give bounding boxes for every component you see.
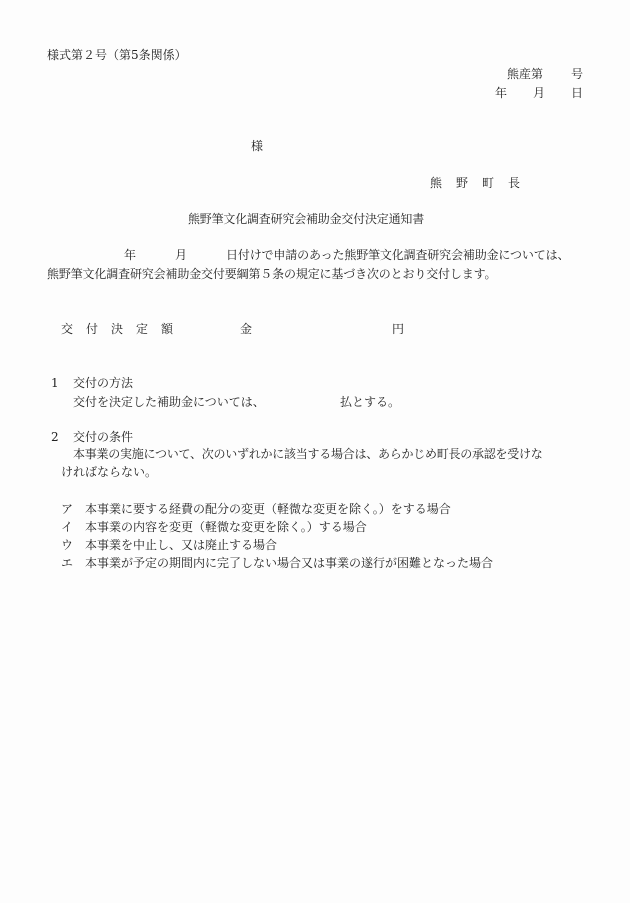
amount-label-3: 決 (111, 323, 123, 335)
date-day: 日 (571, 87, 583, 99)
issuer-char-3: 町 (482, 177, 494, 189)
form-number: 様式第２号（第5条関係） (47, 49, 187, 61)
section2-body-line1: 本事業の実施について、次のいずれかに該当する場合は、あらかじめ町長の承認を受けな (73, 448, 543, 460)
condition-marker: イ (61, 521, 73, 533)
intro-month: 月 (175, 249, 187, 261)
amount-label-2: 付 (86, 323, 98, 335)
issuer-char-1: 熊 (430, 177, 442, 189)
amount-suffix: 円 (392, 323, 404, 335)
amount-label-5: 額 (161, 323, 173, 335)
section1-body-suffix: 払とする。 (340, 396, 400, 408)
doc-number-suffix: 号 (571, 68, 583, 80)
condition-marker: ウ (61, 539, 73, 551)
amount-prefix: 金 (240, 323, 252, 335)
intro-line2: 熊野筆文化調査研究会補助金交付要綱第５条の規定に基づき次のとおり交付します。 (47, 268, 496, 280)
section1-number: 1 (51, 377, 59, 389)
condition-marker: ア (61, 503, 73, 515)
intro-line1: 日付けで申請のあった熊野筆文化調査研究会補助金については、 (226, 249, 569, 261)
condition-text: 本事業の内容を変更（軽微な変更を除く。）する場合 (85, 521, 367, 533)
intro-year: 年 (124, 249, 136, 261)
section2-heading: 交付の条件 (73, 431, 133, 443)
condition-text: 本事業を中止し、又は廃止する場合 (85, 539, 277, 551)
amount-label-1: 交 (61, 323, 73, 335)
section2-body-line2: ければならない。 (61, 466, 157, 478)
condition-text: 本事業が予定の期間内に完了しない場合又は事業の遂行が困難となった場合 (85, 557, 493, 569)
condition-text: 本事業に要する経費の配分の変更（軽微な変更を除く。）をする場合 (85, 503, 451, 515)
issuer-char-4: 長 (508, 177, 520, 189)
condition-marker: エ (61, 557, 73, 569)
issuer-char-2: 野 (456, 177, 468, 189)
section1-body-prefix: 交付を決定した補助金については、 (73, 396, 265, 408)
date-month: 月 (533, 87, 545, 99)
section1-heading: 交付の方法 (73, 377, 133, 389)
doc-number-prefix: 熊産第 (507, 68, 543, 80)
amount-label-4: 定 (136, 323, 148, 335)
addressee-suffix: 様 (251, 140, 263, 152)
document-title: 熊野筆文化調査研究会補助金交付決定通知書 (188, 213, 424, 225)
section2-number: 2 (51, 431, 59, 443)
date-year: 年 (495, 87, 507, 99)
